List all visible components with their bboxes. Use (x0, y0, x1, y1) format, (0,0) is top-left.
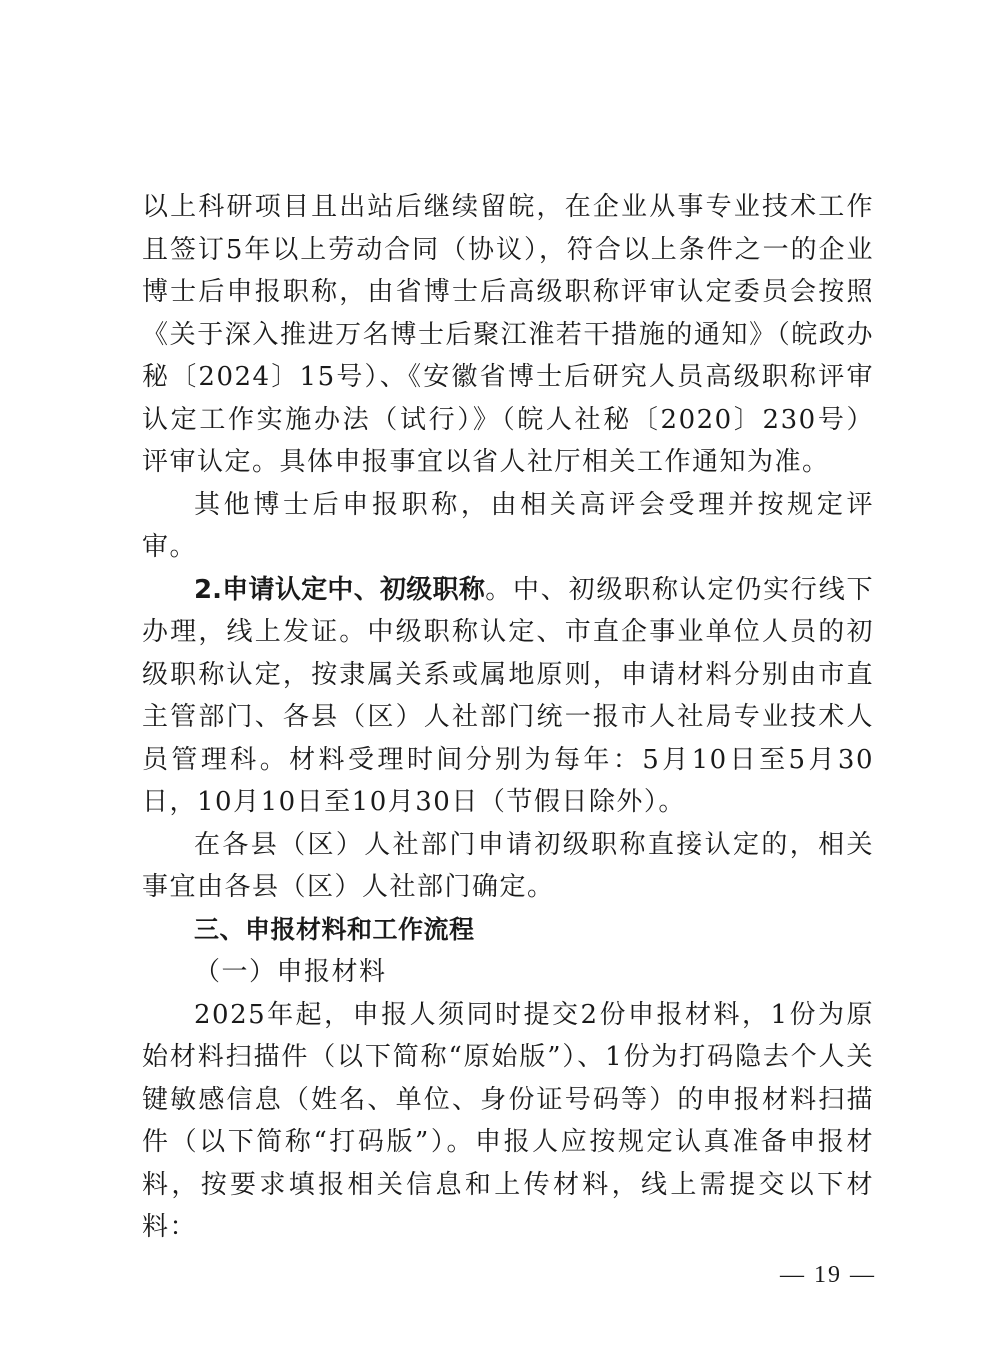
paragraph-county-junior: 在各县（区）人社部门申请初级职称直接认定的，相关事宜由各县（区）人社部门确定。 (142, 824, 874, 909)
paragraph-mid-junior-title: 2.申请认定中、初级职称。中、初级职称认定仍实行线下办理，线上发证。中级职称认定… (142, 569, 874, 824)
paragraph-postdoc-enterprise: 以上科研项目且出站后继续留皖，在企业从事专业技术工作且签订5年以上劳动合同（协议… (142, 186, 874, 484)
section-heading: 三、申报材料和工作流程 (142, 909, 874, 952)
bold-lead-mid-junior-title: 2.申请认定中、初级职称 (194, 575, 485, 605)
paragraph-mid-junior-body: 。中、初级职称认定仍实行线下办理，线上发证。中级职称认定、市直企事业单位人员的初… (142, 575, 874, 818)
paragraph-application-materials: 2025年起，申报人须同时提交2份申报材料，1份为原始材料扫描件（以下简称“原始… (142, 994, 874, 1249)
paragraph-other-postdoc: 其他博士后申报职称，由相关高评会受理并按规定评审。 (142, 484, 874, 569)
page-number: — 19 — (780, 1262, 876, 1289)
document-page: 以上科研项目且出站后继续留皖，在企业从事专业技术工作且签订5年以上劳动合同（协议… (142, 186, 874, 1249)
subsection-heading: （一）申报材料 (142, 951, 874, 994)
